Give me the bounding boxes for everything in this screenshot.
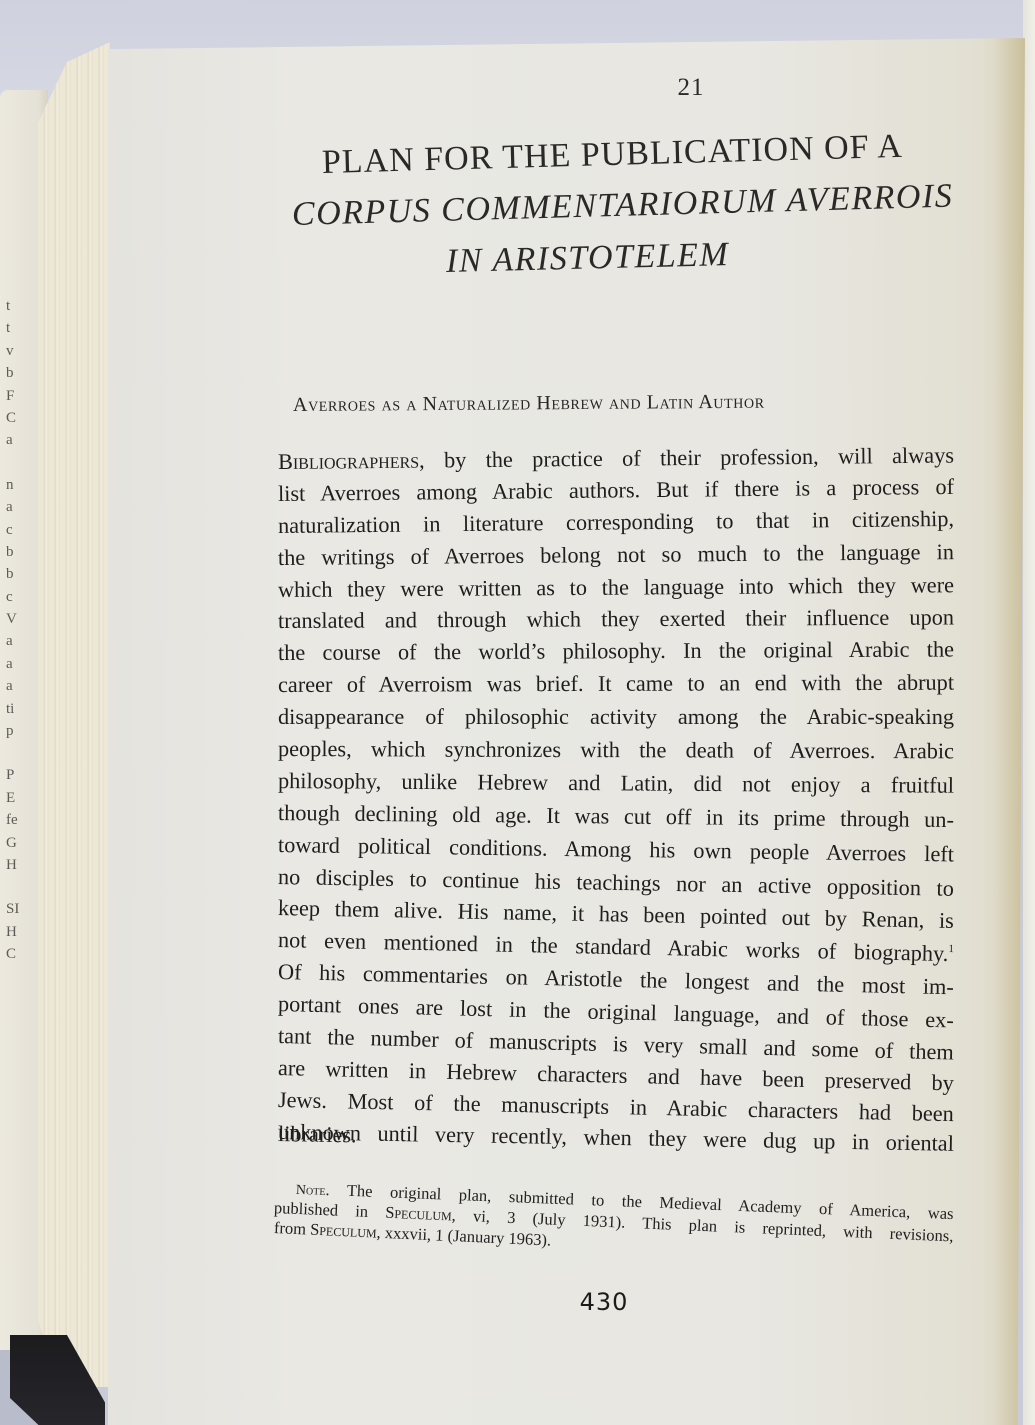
background-right <box>1023 0 1035 1425</box>
facing-page-fragment: a <box>6 653 36 675</box>
page-edges-stack <box>38 42 110 1387</box>
facing-page-fragment: a <box>6 630 36 652</box>
facing-page-fragment <box>6 876 36 898</box>
body-line-text: , by the practice of their profession, w… <box>419 443 954 473</box>
lead-small-caps: Bibliographers <box>278 448 419 474</box>
facing-page-fragment: V <box>6 608 36 630</box>
footnote: Note. The original plan, submitted to th… <box>274 1178 954 1238</box>
facing-page-fragment: b <box>6 541 36 563</box>
facing-page-fragment: C <box>6 943 36 965</box>
body-line: peoples, which synchronizes with the dea… <box>278 733 954 767</box>
facing-page-fragment: G <box>6 832 36 854</box>
facing-page-fragment: a <box>6 496 36 518</box>
facing-page-fragment: ti <box>6 698 36 720</box>
facing-page-fragment: b <box>6 362 36 384</box>
chapter-title-line-1: PLAN FOR THE PUBLICATION OF A <box>321 128 903 182</box>
footnote-text: from <box>274 1218 311 1239</box>
book-page: 21 PLAN FOR THE PUBLICATION OF A CORPUS … <box>108 38 1025 1425</box>
journal-name: Speculum <box>310 1220 377 1242</box>
footnote-marker: 1 <box>948 943 954 955</box>
chapter-title-line-3: IN ARISTOTELEM <box>446 236 730 281</box>
facing-page-fragment: t <box>6 317 36 339</box>
facing-page-fragment: b <box>6 563 36 585</box>
journal-name: Speculum <box>385 1203 452 1225</box>
facing-page-fragment: c <box>6 586 36 608</box>
footnote-label: Note <box>296 1183 326 1199</box>
facing-page-fragment <box>6 452 36 474</box>
facing-page-fragment: t <box>6 295 36 317</box>
facing-page-fragment: fe <box>6 809 36 831</box>
chapter-title-line-2: CORPUS COMMENTARIORUM AVERROIS <box>291 178 953 234</box>
facing-page-fragment: p <box>6 720 36 742</box>
facing-page-text-fragments: ttvbFCanacbbcVaaatipPEfeGHSIHC <box>6 295 36 966</box>
body-line: which they were written as to the langua… <box>278 569 954 606</box>
facing-page-fragment: H <box>6 921 36 943</box>
facing-page-fragment: F <box>6 385 36 407</box>
body-line: naturalization in literature correspondi… <box>278 503 954 542</box>
page-edge-shade <box>995 38 1025 1425</box>
facing-page-fragment: H <box>6 854 36 876</box>
facing-page-fragment: C <box>6 407 36 429</box>
facing-page-fragment: a <box>6 429 36 451</box>
section-heading: Averroes as a Naturalized Hebrew and Lat… <box>293 391 765 417</box>
page-number: 430 <box>564 1288 644 1316</box>
facing-page-fragment: SI <box>6 898 36 920</box>
body-line: the writings of Averroes belong not so m… <box>278 536 954 574</box>
body-line: philosophy, unlike Hebrew and Latin, did… <box>278 765 954 802</box>
body-line: disappearance of philosophic activity am… <box>278 701 954 733</box>
chapter-number: 21 <box>661 74 721 102</box>
facing-page-fragment: P <box>6 764 36 786</box>
facing-page-fragment: v <box>6 340 36 362</box>
body-line: career of Averroism was brief. It came t… <box>278 667 954 701</box>
facing-page-fragment: n <box>6 474 36 496</box>
facing-page-fragment: c <box>6 519 36 541</box>
body-line: translated and through which they exerte… <box>278 602 954 637</box>
body-line: the course of the world’s philosophy. In… <box>278 634 954 669</box>
facing-page-fragment: E <box>6 787 36 809</box>
facing-page-fragment: a <box>6 675 36 697</box>
facing-page-fragment <box>6 742 36 764</box>
body-paragraph: Bibliographers, by the practice of their… <box>278 446 954 1149</box>
